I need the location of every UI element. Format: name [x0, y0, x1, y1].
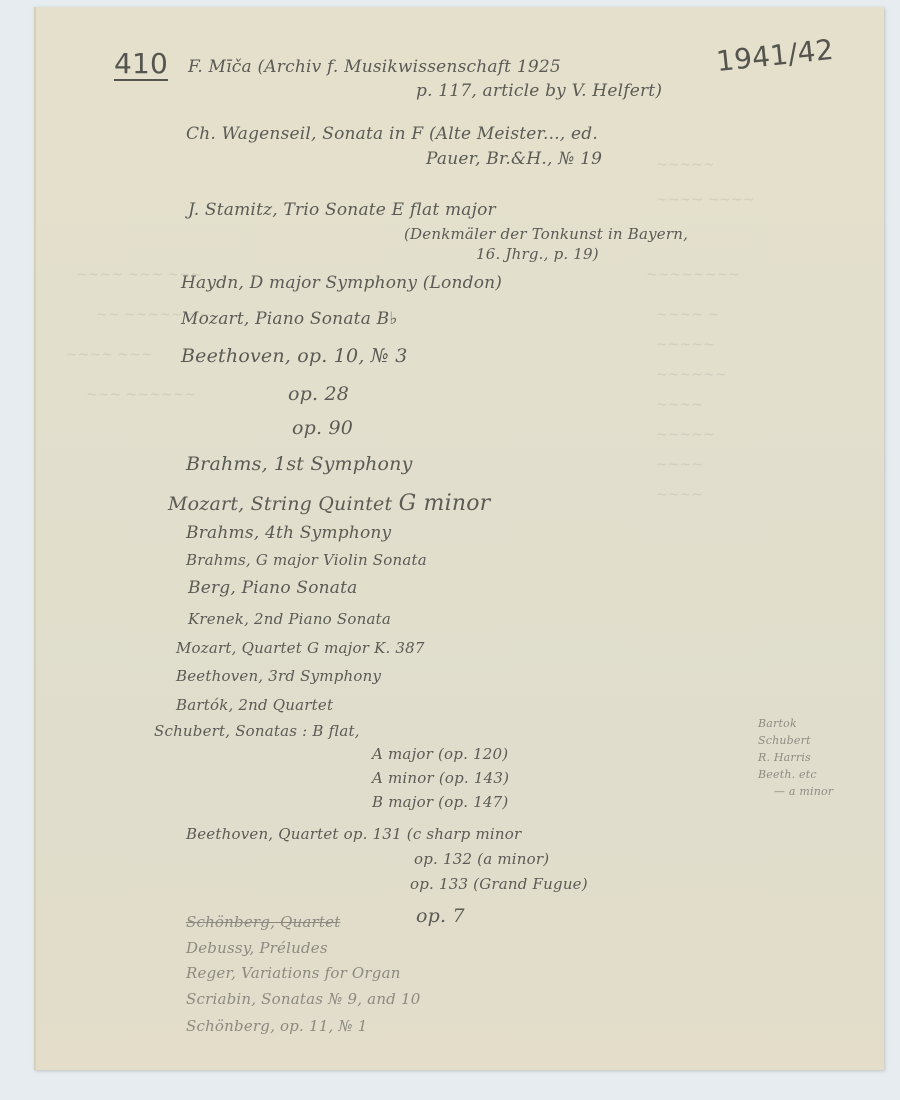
- margin-note-line: Schubert: [758, 732, 833, 749]
- entry-schubert-line3: A minor (op. 143): [372, 769, 509, 787]
- entry-stamitz-line3: 16. Jhrg., p. 19): [476, 245, 599, 263]
- entry-stamitz-line2: (Denkmäler der Tonkunst in Bayern,: [404, 225, 688, 243]
- entry-schubert-line2: A major (op. 120): [372, 745, 508, 763]
- entry-scriabin: Scriabin, Sonatas № 9, and 10: [186, 990, 420, 1008]
- entry-mozart-quintet-text: Mozart, String Quintet: [168, 493, 399, 515]
- entry-schubert-line4: B major (op. 147): [372, 793, 508, 811]
- bleed-through-text: ~~~~ ~~~~: [656, 192, 754, 208]
- entry-stamitz-line1: J. Stamitz, Trio Sonate E flat major: [188, 200, 496, 220]
- margin-note-line: — a minor: [758, 783, 833, 800]
- entry-debussy: Debussy, Préludes: [186, 939, 328, 957]
- entry-beethoven-3: Beethoven, 3rd Symphony: [176, 667, 381, 685]
- manuscript-page: ~~~~ ~~~ ~~~ ~~ ~~~~~ ~~ ~~~~ ~~~ ~~~ ~~…: [34, 7, 884, 1070]
- bleed-through-text: ~~~~: [656, 487, 703, 503]
- entry-mozart-quintet-key: G minor: [399, 491, 491, 516]
- entry-brahms-1: Brahms, 1st Symphony: [186, 453, 413, 475]
- entry-beethoven-op28: op. 28: [288, 383, 349, 405]
- margin-note: Bartok Schubert R. Harris Beeth. etc — a…: [758, 715, 833, 800]
- bleed-through-text: ~~~~~: [656, 157, 715, 173]
- entry-schoenberg-op11: Schönberg, op. 11, № 1: [186, 1017, 368, 1035]
- bleed-through-text: ~~~~~~: [656, 367, 726, 383]
- entry-schoenberg-quartet: Schönberg, Quartet: [186, 913, 340, 931]
- entry-berg: Berg, Piano Sonata: [188, 578, 358, 598]
- margin-note-line: Bartok: [758, 715, 833, 732]
- entry-mozart-quintet: Mozart, String Quintet G minor: [168, 491, 490, 516]
- entry-reger: Reger, Variations for Organ: [186, 964, 401, 982]
- year-label: 1941/42: [715, 33, 836, 78]
- entry-beethoven-quartets-line1: Beethoven, Quartet op. 131 (c sharp mino…: [186, 825, 521, 843]
- entry-haydn: Haydn, D major Symphony (London): [181, 273, 502, 293]
- entry-beethoven-quartets-line2: op. 132 (a minor): [414, 850, 549, 868]
- bleed-through-text: ~~~~~: [656, 427, 715, 443]
- entry-mozart-sonata: Mozart, Piano Sonata B♭: [181, 309, 398, 329]
- entry-mozart-quartet: Mozart, Quartet G major K. 387: [176, 639, 425, 657]
- entry-schubert-line1: Schubert, Sonatas : B flat,: [154, 722, 360, 740]
- bleed-through-text: ~~~~ ~~~: [66, 347, 153, 363]
- shelf-number: 410: [114, 47, 168, 80]
- entry-brahms-4: Brahms, 4th Symphony: [186, 523, 391, 543]
- entry-beethoven-quartets-line3: op. 133 (Grand Fugue): [410, 875, 588, 893]
- margin-note-line: Beeth. etc: [758, 766, 833, 783]
- entry-brahms-violin: Brahms, G major Violin Sonata: [186, 551, 427, 569]
- entry-krenek: Krenek, 2nd Piano Sonata: [188, 610, 391, 628]
- header-entry-line2: p. 117, article by V. Helfert): [416, 81, 662, 101]
- header-entry-line1: F. Mīča (Archiv f. Musikwissenschaft 192…: [188, 57, 561, 77]
- entry-bartok: Bartók, 2nd Quartet: [176, 696, 333, 714]
- entry-beethoven-op10: Beethoven, op. 10, № 3: [181, 345, 408, 367]
- bleed-through-text: ~~~~~~~~: [646, 267, 740, 283]
- entry-beethoven-op90: op. 90: [292, 417, 353, 439]
- bleed-through-text: ~~~~~: [656, 337, 715, 353]
- entry-schoenberg-quartet-opus: op. 7: [416, 905, 465, 927]
- bleed-through-text: ~~~~: [656, 457, 703, 473]
- bleed-through-text: ~~~ ~~~~~~: [86, 387, 196, 403]
- entry-wagenseil-line1: Ch. Wagenseil, Sonata in F (Alte Meister…: [186, 124, 598, 144]
- bleed-through-text: ~~~~: [656, 397, 703, 413]
- entry-wagenseil-line2: Pauer, Br.&H., № 19: [426, 149, 602, 169]
- margin-note-line: R. Harris: [758, 749, 833, 766]
- bleed-through-text: ~~~~ ~: [656, 307, 719, 323]
